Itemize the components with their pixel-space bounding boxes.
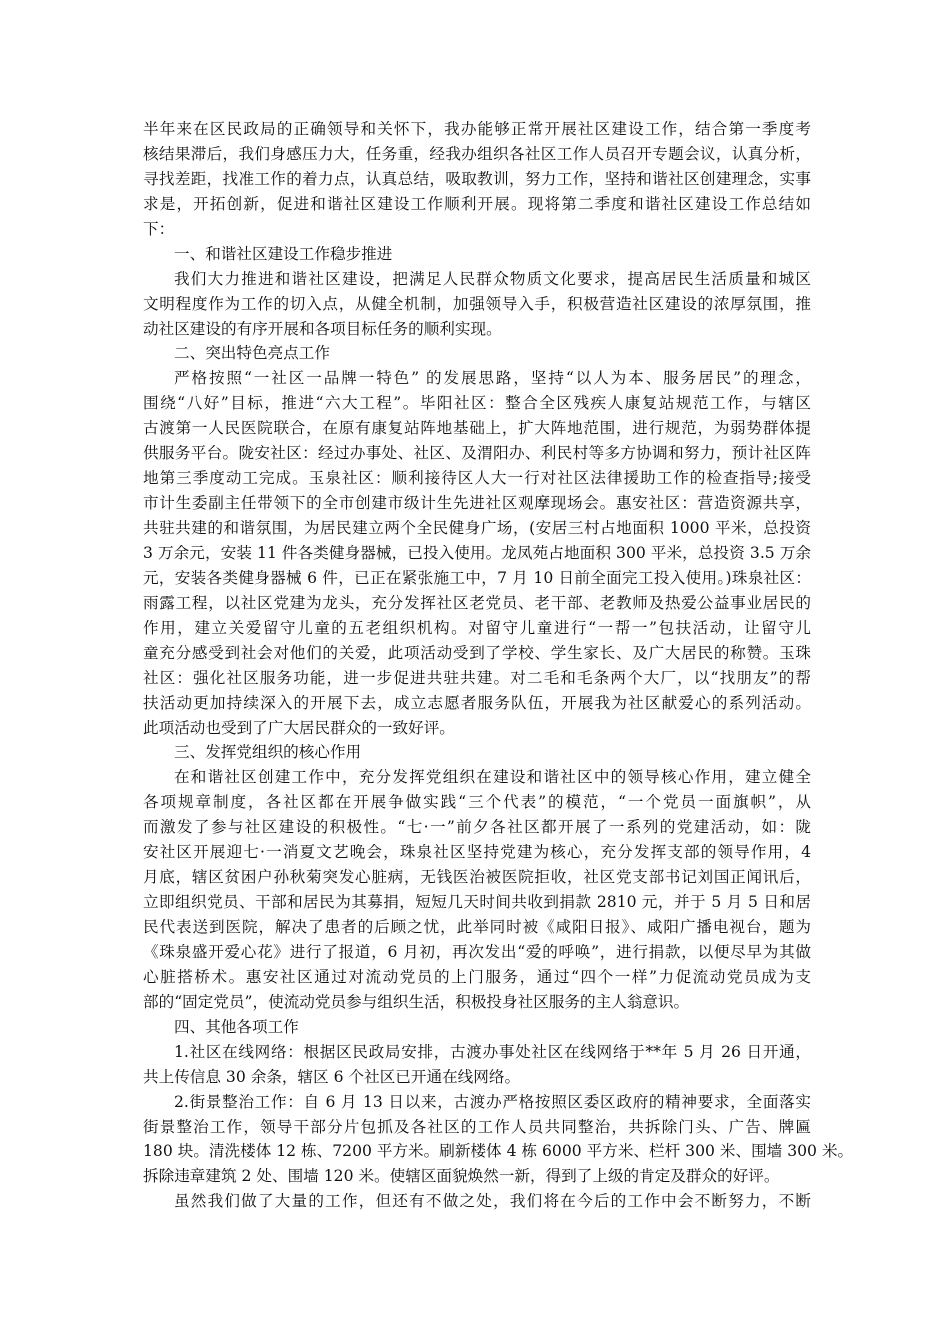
paragraph: 严格按照“一社区一品牌一特色” 的发展思路，坚持“以人为本、服务居民”的理念，围…	[143, 366, 811, 740]
text-line: 围绕“八好”目标，推进“六大工程”。毕阳社区：整合全区残疾人康复站规范工作，与辖…	[143, 391, 811, 416]
text-line: 文明程度作为工作的切入点，从健全机制，加强领导入手，积极营造社区建设的浓厚氛围，…	[143, 292, 811, 317]
text-line: 古渡第一人民医院联合，在原有康复站阵地基础上，扩大阵地范围，进行规范，为弱势群体…	[143, 416, 811, 441]
section-heading: 二、突出特色亮点工作	[143, 341, 811, 366]
section-heading: 四、其他各项工作	[143, 1015, 811, 1040]
text-line: 而激发了参与社区建设的积极性。“七·一”前夕各社区都开展了一系列的党建活动，如：…	[143, 815, 811, 840]
paragraph: 1.社区在线网络：根据区民政局安排，古渡办事处社区在线网络于**年 5 月 26…	[143, 1040, 811, 1090]
text-line: 各项规章制度，各社区都在开展争做实践“三个代表”的模范，“一个党员一面旗帜”，从	[143, 790, 811, 815]
paragraph: 2.街景整治工作：自 6 月 13 日以来，古渡办严格按照区委区政府的精神要求，…	[143, 1090, 811, 1190]
text-line: 拆除违章建筑 2 处、围墙 120 米。使辖区面貌焕然一新，得到了上级的肯定及群…	[143, 1164, 811, 1189]
text-line: 3 万余元，安装 11 件各类健身器械，已投入使用。龙凤苑占地面积 300 平米…	[143, 541, 811, 566]
text-line: 民代表送到医院，解决了患者的后顾之忧，此举同时被《咸阳日报》、咸阳广播电视台，题…	[143, 915, 811, 940]
heading-text: 三、发挥党组织的核心作用	[143, 740, 811, 765]
text-line: 街景整治工作，领导干部分片包抓及各社区的工作人员共同整治，共拆除门头、广告、牌匾	[143, 1115, 811, 1140]
text-line: 立即组织党员、干部和居民为其募捐，短短几天时间共收到捐款 2810 元，并于 5…	[143, 890, 811, 915]
document-page: 半年来在区民政局的正确领导和关怀下，我办能够正常开展社区建设工作，结合第一季度考…	[0, 0, 950, 1344]
paragraph: 在和谐社区创建工作中，充分发挥党组织在建设和谐社区中的领导核心作用，建立健全各项…	[143, 765, 811, 1014]
text-line: 地第三季度动工完成。玉泉社区：顺利接待区人大一行对社区法律援助工作的检查指导;接…	[143, 466, 811, 491]
text-line: 《珠泉盛开爱心花》进行了报道，6 月初，再次发出“爱的呼唤”，进行捐款，以便尽早…	[143, 940, 811, 965]
text-line: 安社区开展迎七·一消夏文艺晚会，珠泉社区坚持党建为核心，充分发挥支部的领导作用，…	[143, 840, 811, 865]
text-line: 心脏搭桥术。惠安社区通过对流动党员的上门服务，通过“四个一样”力促流动党员成为支	[143, 965, 811, 990]
text-line: 虽然我们做了大量的工作，但还有不做之处，我们将在今后的工作中会不断努力，不断	[143, 1189, 811, 1214]
text-line: 社区：强化社区服务功能，进一步促进共驻共建。对二毛和毛条两个大厂，以“找朋友”的…	[143, 666, 811, 691]
text-line: 核结果滞后，我们身感压力大，任务重，经我办组织各社区工作人员召开专题会议，认真分…	[143, 142, 811, 167]
heading-text: 四、其他各项工作	[143, 1015, 811, 1040]
text-line: 严格按照“一社区一品牌一特色” 的发展思路，坚持“以人为本、服务居民”的理念，	[143, 366, 811, 391]
text-line: 月底，辖区贫困户孙秋菊突发心脏病，无钱医治被医院拒收，社区党支部书记刘国正闻讯后…	[143, 865, 811, 890]
document-body: 半年来在区民政局的正确领导和关怀下，我办能够正常开展社区建设工作，结合第一季度考…	[143, 117, 811, 1214]
text-line: 童充分感受到社会对他们的关爱，此项活动受到了学校、学生家长、及广大居民的称赞。玉…	[143, 641, 811, 666]
text-line: 180 块。清洗楼体 12 栋、7200 平方米。刷新楼体 4 栋 6000 平…	[143, 1139, 811, 1164]
paragraph: 我们大力推进和谐社区建设，把满足人民群众物质文化要求，提高居民生活质量和城区文明…	[143, 267, 811, 342]
text-line: 供服务平台。陇安社区：经过办事处、社区、及渭阳办、利民村等多方协调和努力，预计社…	[143, 441, 811, 466]
text-line: 在和谐社区创建工作中，充分发挥党组织在建设和谐社区中的领导核心作用，建立健全	[143, 765, 811, 790]
text-line: 求是，开拓创新，促进和谐社区建设工作顺利开展。现将第二季度和谐社区建设工作总结如	[143, 192, 811, 217]
text-line: 作用，建立关爱留守儿童的五老组织机构。对留守儿童进行“一帮一”包扶活动，让留守儿	[143, 616, 811, 641]
text-line: 共上传信息 30 余条，辖区 6 个社区已开通在线网络。	[143, 1065, 811, 1090]
text-line: 部的“固定党员”，使流动党员参与组织生活，积极投身社区服务的主人翁意识。	[143, 990, 811, 1015]
heading-text: 二、突出特色亮点工作	[143, 341, 811, 366]
text-line: 动社区建设的有序开展和各项目标任务的顺利实现。	[143, 317, 811, 342]
section-heading: 一、和谐社区建设工作稳步推进	[143, 242, 811, 267]
text-line: 半年来在区民政局的正确领导和关怀下，我办能够正常开展社区建设工作，结合第一季度考	[143, 117, 811, 142]
text-line: 共驻共建的和谐氛围，为居民建立两个全民健身广场，(安居三村占地面积 1000 平…	[143, 516, 811, 541]
text-line: 扶活动更加持续深入的开展下去，成立志愿者服务队伍，开展我为社区献爱心的系列活动。	[143, 691, 811, 716]
text-line: 元，安装各类健身器械 6 件，已正在紧张施工中，7 月 10 日前全面完工投入使…	[143, 566, 811, 591]
text-line: 下：	[143, 217, 811, 242]
paragraph: 虽然我们做了大量的工作，但还有不做之处，我们将在今后的工作中会不断努力，不断	[143, 1189, 811, 1214]
text-line: 寻找差距，找准工作的着力点，认真总结，吸取教训，努力工作，坚持和谐社区创建理念，…	[143, 167, 811, 192]
section-heading: 三、发挥党组织的核心作用	[143, 740, 811, 765]
text-line: 雨露工程，以社区党建为龙头，充分发挥社区老党员、老干部、老教师及热爱公益事业居民…	[143, 591, 811, 616]
text-line: 我们大力推进和谐社区建设，把满足人民群众物质文化要求，提高居民生活质量和城区	[143, 267, 811, 292]
heading-text: 一、和谐社区建设工作稳步推进	[143, 242, 811, 267]
text-line: 此项活动也受到了广大居民群众的一致好评。	[143, 716, 811, 741]
text-line: 2.街景整治工作：自 6 月 13 日以来，古渡办严格按照区委区政府的精神要求，…	[143, 1090, 811, 1115]
text-line: 市计生委副主任带领下的全市创建市级计生先进社区观摩现场会。惠安社区：营造资源共享…	[143, 491, 811, 516]
paragraph: 半年来在区民政局的正确领导和关怀下，我办能够正常开展社区建设工作，结合第一季度考…	[143, 117, 811, 242]
text-line: 1.社区在线网络：根据区民政局安排，古渡办事处社区在线网络于**年 5 月 26…	[143, 1040, 811, 1065]
